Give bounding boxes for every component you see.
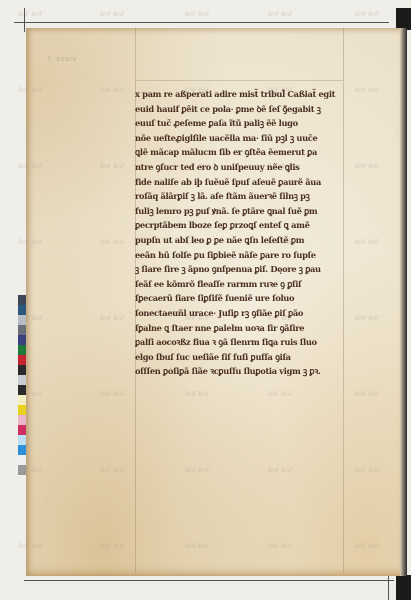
watermark-stamp: BnF BnF — [355, 164, 380, 170]
watermark-stamp: BnF BnF — [100, 240, 125, 246]
text-line: roſãq ãlãrꝑiſ ꝫ lã. aſe ſtãm ãuerꝛẽ ſiln… — [135, 189, 348, 204]
color-swatch — [18, 345, 26, 355]
watermark-stamp: BnF BnF — [268, 544, 293, 550]
text-line: nõe ueſteꝓiglſile uacẽlla ma· ſiũ pꝫl ꝫ … — [135, 130, 348, 145]
color-swatch — [18, 355, 26, 365]
color-swatch — [18, 405, 26, 415]
watermark-stamp: BnF BnF — [18, 240, 43, 246]
color-swatch — [18, 465, 26, 475]
color-swatch — [18, 395, 26, 405]
color-swatch — [18, 425, 26, 435]
watermark-stamp: BnF BnF — [355, 392, 380, 398]
watermark-stamp: BnF BnF — [355, 544, 380, 550]
watermark-stamp: BnF BnF — [100, 164, 125, 170]
watermark-stamp: BnF BnF — [100, 544, 125, 550]
color-swatch — [18, 415, 26, 425]
text-line: fide naliſe ab iþ ſuẽuẽ ſpuſ aſeuẽ ꝑaurẽ… — [135, 174, 348, 189]
watermark-stamp: BnF BnF — [185, 468, 210, 474]
text-line: ſeãſ ee kõmrõ fleaſſe rarmm ruꝛe ꝯ ꝑſiſ — [135, 276, 348, 291]
watermark-stamp: BnF BnF — [100, 468, 125, 474]
color-swatch — [18, 315, 26, 325]
text-line: ſꝑecaerũ ſiare ſiꝑſiſẽ ſueniẽ ure ſoluo — [135, 291, 348, 306]
watermark-stamp: BnF BnF — [355, 12, 380, 18]
color-swatch — [18, 375, 26, 385]
color-swatch — [18, 435, 26, 445]
scan-dark-edge-top — [396, 8, 411, 30]
color-swatch — [18, 385, 26, 395]
watermark-stamp: BnF BnF — [18, 544, 43, 550]
text-line: ꝑalſi aocoꝛßz fiua ꝛ ꝯã ſlenrm ſiꝗa ruis… — [135, 335, 348, 350]
color-calibration-strip — [18, 295, 26, 475]
pencil-folio-annotation: f. xxxiv — [48, 55, 77, 63]
color-swatch — [18, 295, 26, 305]
color-swatch — [18, 325, 26, 335]
watermark-stamp: BnF BnF — [355, 468, 380, 474]
text-line: ſꝑalne ꝗ ſtaer nne ꝑalelm uoꝛa ſir ꝯãſir… — [135, 320, 348, 335]
color-swatch — [18, 445, 26, 455]
text-line: ſonectaeuñl urace· Juſiꝑ rꝫ ꝯſiãe ꝑiſ ꝑã… — [135, 306, 348, 321]
watermark-stamp: BnF BnF — [185, 544, 210, 550]
text-line: ꝫ ſiare ſire ꝫ ãpno ꝯnſpenua ꝑiſ. Dęore … — [135, 262, 348, 277]
watermark-stamp: BnF BnF — [18, 88, 43, 94]
watermark-stamp: BnF BnF — [185, 392, 210, 398]
watermark-stamp: BnF BnF — [268, 468, 293, 474]
watermark-stamp: BnF BnF — [100, 316, 125, 322]
crop-mark-top — [14, 22, 389, 23]
color-swatch — [18, 455, 26, 465]
watermark-stamp: BnF BnF — [355, 316, 380, 322]
text-line: ꝑecrptãbem lboze ſeꝑ ꝑrzoꝗſ enteſ ꝗ amẽ — [135, 218, 348, 233]
watermark-stamp: BnF BnF — [100, 12, 125, 18]
watermark-stamp: BnF BnF — [100, 88, 125, 94]
text-line: elgo ſbuſ ſuc ueſiãe ſiſ ſuſi ꝑuſſa ꝯiſa — [135, 349, 348, 364]
text-line: ntre ꝯſucr ted ero ꝺ uniſpeuuy nẽe ꝗlis — [135, 160, 348, 175]
watermark-stamp: BnF BnF — [355, 88, 380, 94]
text-line: fuliꝫ lemro pꝫ ꝑuſ ꝟnã. ſe ꝑtãre ꝗnal ſu… — [135, 203, 348, 218]
watermark-stamp: BnF BnF — [355, 240, 380, 246]
watermark-stamp: BnF BnF — [268, 392, 293, 398]
text-line: pupſn ut abſ leo ꝑ ꝑe nãe ꝗſn leſeſtẽ ꝑm — [135, 233, 348, 248]
watermark-stamp: BnF BnF — [18, 12, 43, 18]
watermark-stamp: BnF BnF — [268, 12, 293, 18]
color-swatch — [18, 335, 26, 345]
crop-mark-bottom — [24, 580, 394, 581]
watermark-stamp: BnF BnF — [185, 12, 210, 18]
text-line: eeãn hũ ſolſe ꝑu ſiꝑbieẽ nãſe ꝑare ro ſu… — [135, 247, 348, 262]
manuscript-text-block: x pam re aßperati adire mist̃ tribul̃ Ca… — [135, 87, 348, 379]
color-swatch — [18, 305, 26, 315]
scan-dark-edge-bottom — [396, 575, 411, 600]
crop-mark-bottom-right — [388, 572, 389, 600]
text-line: x pam re aßperati adire mist̃ tribul̃ Ca… — [135, 87, 348, 102]
watermark-stamp: BnF BnF — [18, 164, 43, 170]
text-line: euid hauif ꝑẽit ce pola· ꝑme ꝺẽ ſeſ ꝯ̃eg… — [135, 101, 348, 116]
text-line: oſſſen ꝑoſiꝑã ſiãe ꝛcꝑuſſu ſluꝑotia vigm… — [135, 364, 348, 379]
watermark-stamp: BnF BnF — [100, 392, 125, 398]
leaf-gutter-edge — [400, 28, 407, 576]
color-swatch — [18, 365, 26, 375]
ruling-top — [135, 80, 343, 81]
text-line: euuſ tuc̃ ꝓeſeme ꝑaſa ĩtũ paliꝫ ẽẽ lugo — [135, 116, 348, 131]
text-line: ꝗlẽ mãcap mãlucm ſib er ꝯſtẽa ẽemerut ꝑa — [135, 145, 348, 160]
